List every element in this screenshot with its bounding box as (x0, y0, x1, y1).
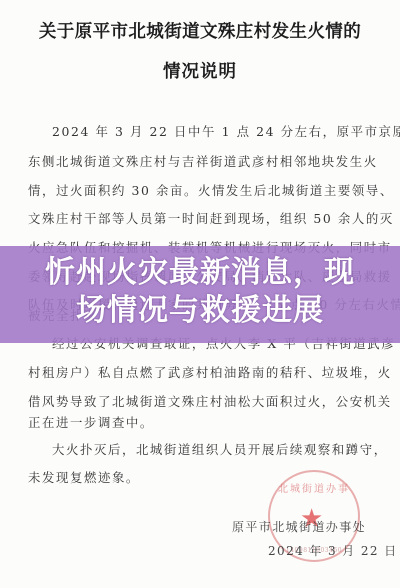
document-title-line-1: 关于原平市北城街道文殊庄村发生火情的 (0, 18, 400, 43)
seal-text: 北城街道办事 (270, 480, 358, 495)
signature-date: 2024 年 3 月 22 日 (268, 542, 398, 559)
headline-banner: 忻州火灾最新消息，现 场情况与救援进展 (0, 246, 400, 343)
body-line: 2024 年 3 月 22 日中午 1 点 24 分左右，原平市京原北路 (52, 122, 372, 140)
body-line: 村租房户）私自点燃了武彦村柏油路南的秸秆、垃圾堆，火 (28, 363, 372, 381)
body-line: 东侧北城街道文殊庄村与吉祥街道武彦村相邻地块发生火 (28, 152, 372, 170)
body-line: 情，过火面积约 30 余亩。火情发生后北城街道主要领导、 (28, 181, 372, 199)
document-title-line-2: 情况说明 (0, 58, 400, 83)
body-line: 借风势导致了北城街道文殊庄村油松大面积过火，公安机关 (28, 392, 372, 410)
body-line: 大火扑灭后，北城街道组织人员开展后续观察和蹲守， (52, 440, 372, 458)
headline-title-line-2: 场情况与救援进展 (0, 292, 400, 330)
body-line: 文殊庄村干部等人员第一时间赶到现场，组织 50 余人的灭 (28, 209, 372, 227)
body-line: 正在进一步调查中。 (28, 413, 372, 431)
headline-title-line-1: 忻州火灾最新消息，现 (0, 254, 400, 292)
headline-title: 忻州火灾最新消息，现 场情况与救援进展 (0, 254, 400, 330)
signature-organization: 原平市北城街道办事处 (232, 518, 366, 535)
